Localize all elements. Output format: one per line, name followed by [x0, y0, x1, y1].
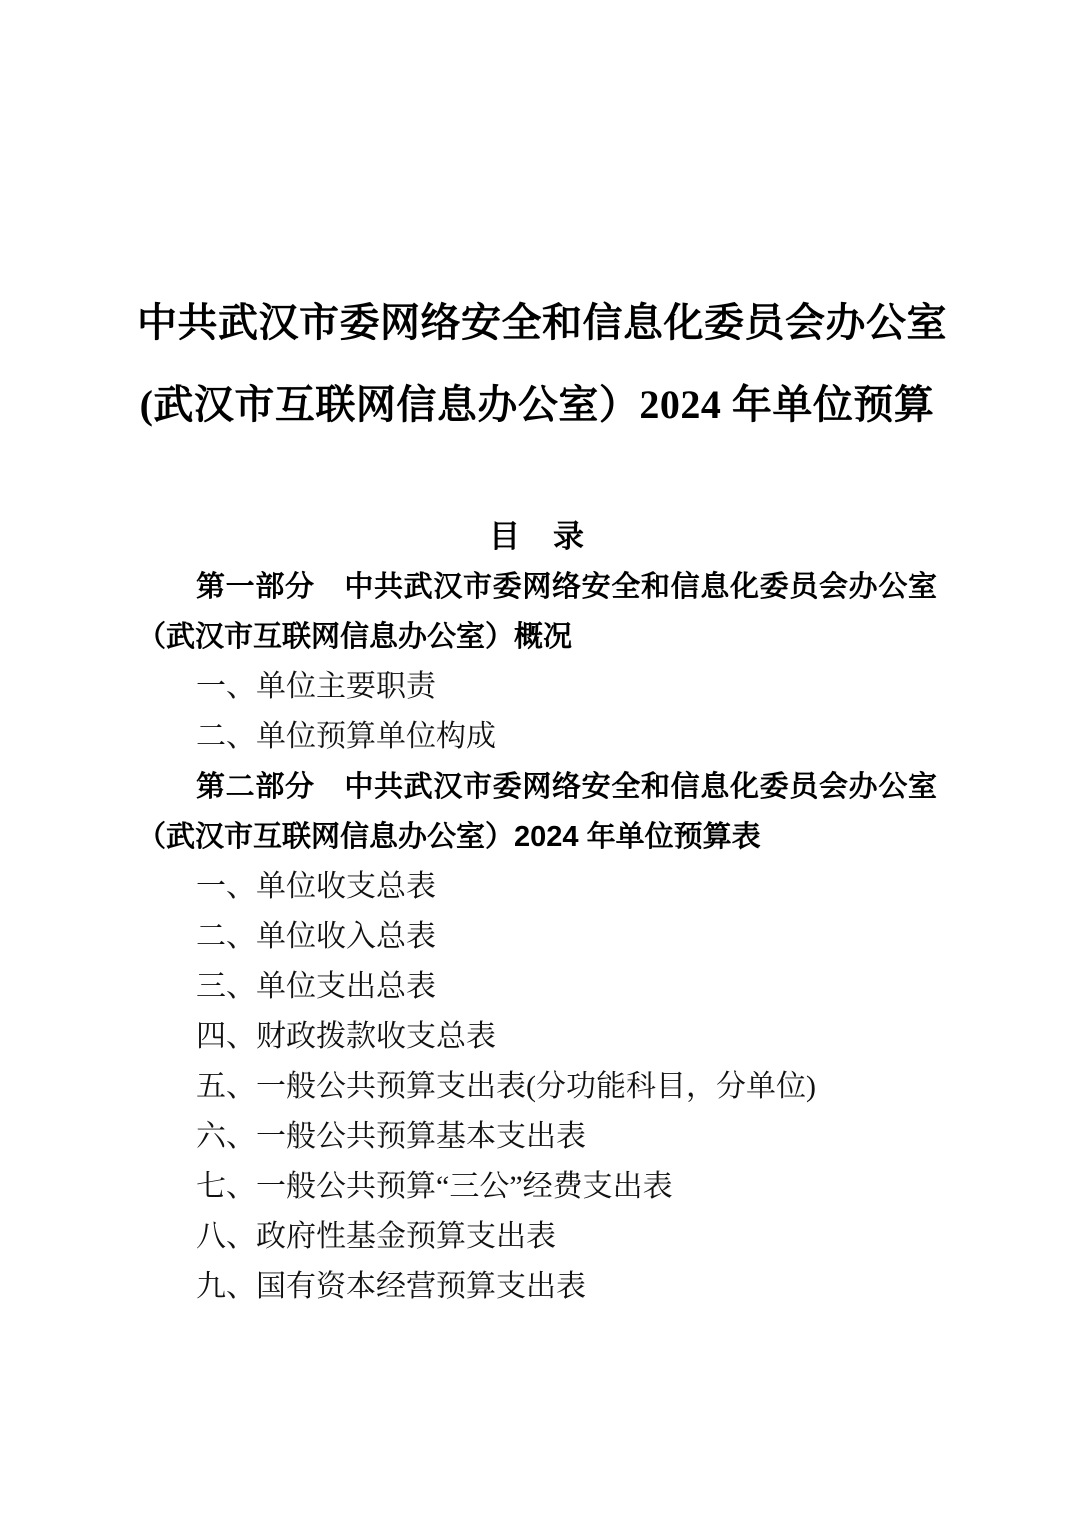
toc-section-part2-continuation: （武汉市互联网信息办公室）2024 年单位预算表	[137, 812, 937, 862]
document-title: 中共武汉市委网络安全和信息化委员会办公室 (武汉市互联网信息办公室）2024 年…	[137, 282, 937, 446]
toc-item-part1-1: 一、单位主要职责	[137, 662, 937, 712]
table-of-contents: 目 录 第一部分 中共武汉市委网络安全和信息化委员会办公室 （武汉市互联网信息办…	[137, 512, 937, 1312]
toc-section-part2: 第二部分 中共武汉市委网络安全和信息化委员会办公室	[137, 762, 937, 812]
toc-item-part2-6: 六、一般公共预算基本支出表	[137, 1112, 937, 1162]
toc-item-part1-2: 二、单位预算单位构成	[137, 712, 937, 762]
toc-section-part1-continuation: （武汉市互联网信息办公室）概况	[137, 612, 937, 662]
toc-heading: 目 录	[137, 512, 937, 562]
toc-item-part2-8: 八、政府性基金预算支出表	[137, 1212, 937, 1262]
document-page: 中共武汉市委网络安全和信息化委员会办公室 (武汉市互联网信息办公室）2024 年…	[0, 0, 1074, 1520]
toc-item-part2-2: 二、单位收入总表	[137, 912, 937, 962]
toc-item-part2-5: 五、一般公共预算支出表(分功能科目，分单位)	[137, 1062, 937, 1112]
document-title-line-2: (武汉市互联网信息办公室）2024 年单位预算	[137, 364, 937, 446]
document-title-line-1: 中共武汉市委网络安全和信息化委员会办公室	[137, 282, 937, 364]
toc-section-part1: 第一部分 中共武汉市委网络安全和信息化委员会办公室	[137, 562, 937, 612]
toc-item-part2-3: 三、单位支出总表	[137, 962, 937, 1012]
toc-item-part2-9: 九、国有资本经营预算支出表	[137, 1262, 937, 1312]
toc-item-part2-4: 四、财政拨款收支总表	[137, 1012, 937, 1062]
toc-item-part2-1: 一、单位收支总表	[137, 862, 937, 912]
toc-item-part2-7: 七、一般公共预算“三公”经费支出表	[137, 1162, 937, 1212]
